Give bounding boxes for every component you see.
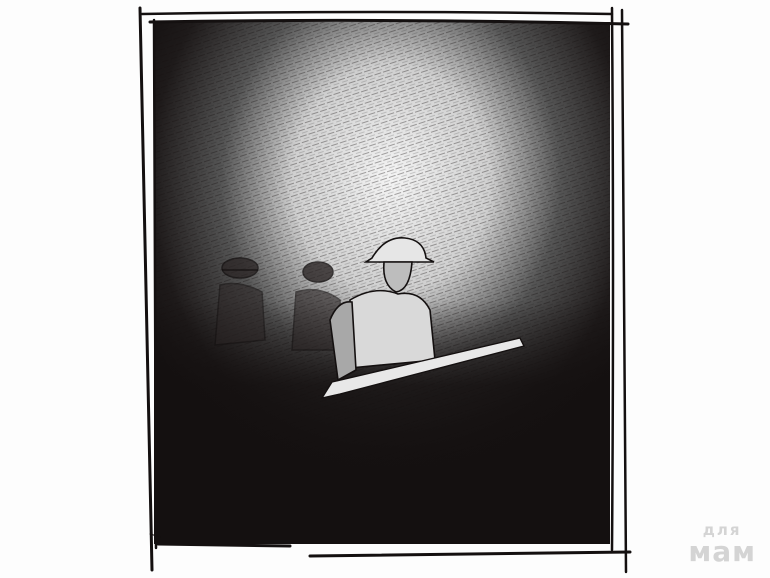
watermark-line2: мам [688, 538, 756, 566]
watermark: для мам [688, 523, 756, 566]
illustration-panel [154, 22, 610, 544]
ink-illustration [0, 0, 770, 578]
